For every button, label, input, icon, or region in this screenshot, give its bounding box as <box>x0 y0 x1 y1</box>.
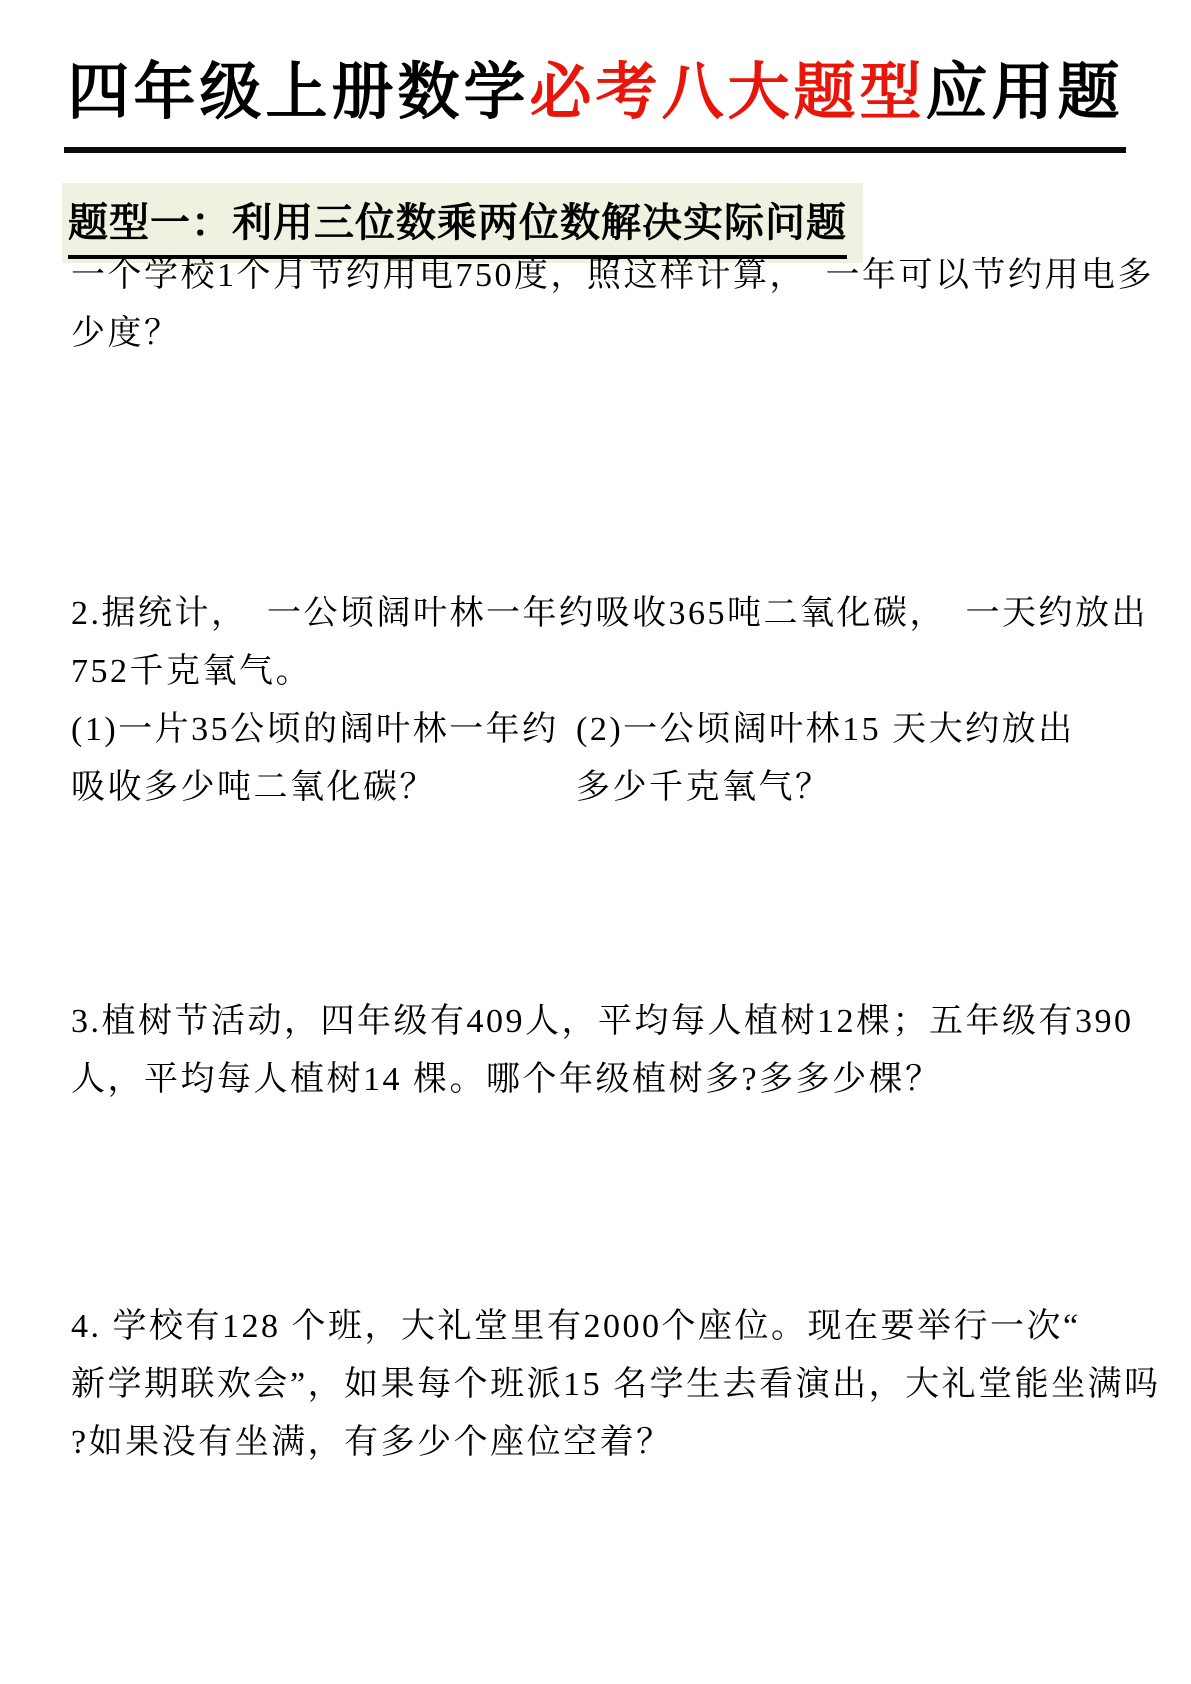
page-title: 四年级上册数学必考八大题型应用题 <box>0 42 1191 131</box>
problem-1-line-2: 少度？ <box>71 305 1129 363</box>
problem-3-line-1: 3.植树节活动，四年级有409人，平均每人植树12棵；五年级有390 <box>71 993 1129 1051</box>
problem-2-subquestion-2: (2)一公顷阔叶林15 天大约放出 多少千克氧气？ <box>576 701 1129 817</box>
problem-2-line-2: 752千克氧气。 <box>71 643 1129 701</box>
title-segment-black-left: 四年级上册数学 <box>67 55 529 128</box>
problem-4-line-2: 新学期联欢会”，如果每个班派15 名学生去看演出，大礼堂能坐满吗 <box>71 1356 1129 1414</box>
title-segment-black-right: 应用题 <box>926 55 1124 128</box>
problem-2: 2.据统计， 一公顷阔叶林一年约吸收365吨二氧化碳， 一天约放出 752千克氧… <box>71 585 1129 817</box>
problem-2-sub-1-line-2: 吸收多少吨二氧化碳？ <box>71 759 576 817</box>
title-segment-red: 必考八大题型 <box>529 55 925 128</box>
title-divider-rule <box>64 147 1126 153</box>
problem-2-sub-1-line-1: (1)一片35公顷的阔叶林一年约 <box>71 701 576 759</box>
problem-2-subquestions: (1)一片35公顷的阔叶林一年约 吸收多少吨二氧化碳？ (2)一公顷阔叶林15 … <box>71 701 1129 817</box>
problem-4-line-1: 4. 学校有128 个班，大礼堂里有2000个座位。现在要举行一次“ <box>71 1298 1129 1356</box>
problem-1-line-1: 一个学校1个月节约用电750度，照这样计算， 一年可以节约用电多 <box>71 247 1129 305</box>
problem-4-line-3: ?如果没有坐满，有多少个座位空着？ <box>71 1414 1129 1472</box>
problem-2-line-1: 2.据统计， 一公顷阔叶林一年约吸收365吨二氧化碳， 一天约放出 <box>71 585 1129 643</box>
problem-2-sub-2-line-2: 多少千克氧气？ <box>576 759 1129 817</box>
problem-2-subquestion-1: (1)一片35公顷的阔叶林一年约 吸收多少吨二氧化碳？ <box>71 701 576 817</box>
problem-4: 4. 学校有128 个班，大礼堂里有2000个座位。现在要举行一次“ 新学期联欢… <box>71 1298 1129 1472</box>
problem-2-sub-2-line-1: (2)一公顷阔叶林15 天大约放出 <box>576 701 1129 759</box>
problem-3-line-2: 人，平均每人植树14 棵。哪个年级植树多?多多少棵？ <box>71 1051 1129 1109</box>
problem-1: 一个学校1个月节约用电750度，照这样计算， 一年可以节约用电多 少度？ <box>71 247 1129 363</box>
worksheet-page: 四年级上册数学必考八大题型应用题 题型一：利用三位数乘两位数解决实际问题 一个学… <box>0 0 1191 1684</box>
problem-3: 3.植树节活动，四年级有409人，平均每人植树12棵；五年级有390 人，平均每… <box>71 993 1129 1109</box>
